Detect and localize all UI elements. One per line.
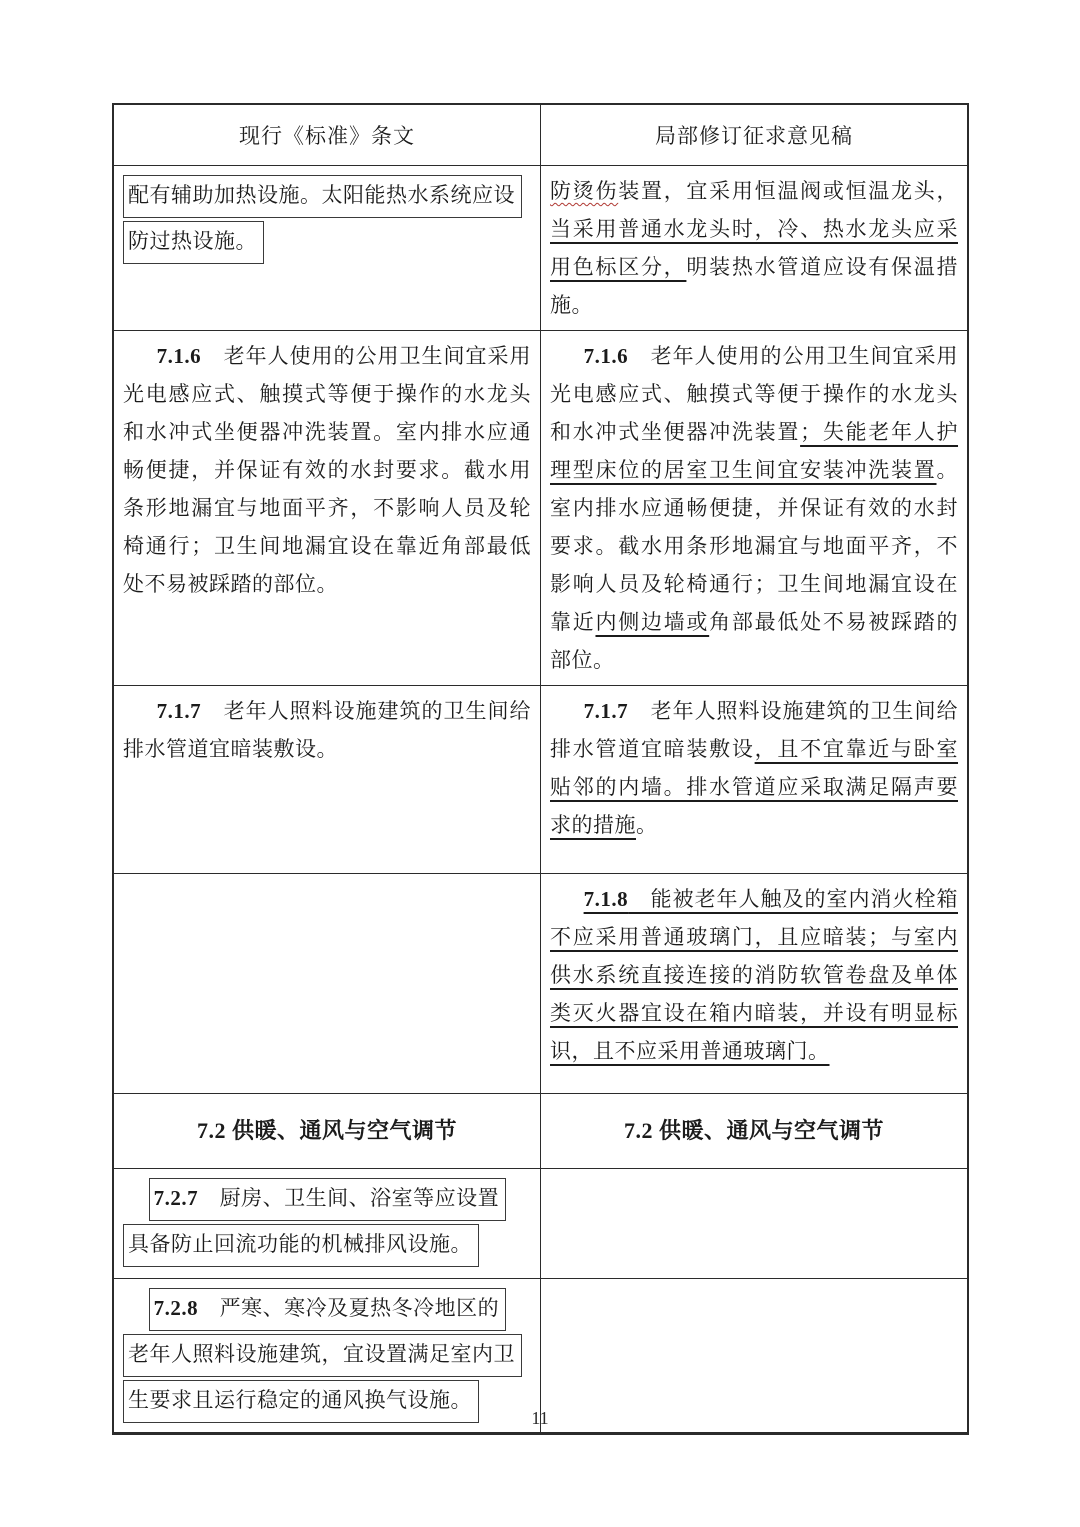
revision-comparison-table: 现行《标准》条文 局部修订征求意见稿 配有辅助加热设施。太阳能热水系统应设防过热… — [112, 103, 969, 1435]
row-7-1-8: 7.1.8 能被老年人触及的室内消火栓箱不应采用普通玻璃门，且应暗装；与室内供水… — [113, 874, 968, 1094]
row-7-1-8-right-cell: 7.1.8 能被老年人触及的室内消火栓箱不应采用普通玻璃门，且应暗装；与室内供水… — [541, 874, 969, 1094]
text-run: 严寒、寒冷及夏热冬冷地区的 — [198, 1296, 499, 1320]
row-carryover-left-cell: 配有辅助加热设施。太阳能热水系统应设防过热设施。 — [113, 166, 541, 331]
row-7-1-6-right-cell: 7.1.6 老年人使用的公用卫生间宜采用光电感应式、触摸式等便于操作的水龙头和水… — [541, 331, 969, 686]
row-carryover-right-cell: 防烫伤装置，宜采用恒温阀或恒温龙头，当采用普通水龙头时，冷、热水龙头应采用色标区… — [541, 166, 969, 331]
row-7-1-6-left-cell: 7.1.6 老年人使用的公用卫生间宜采用光电感应式、触摸式等便于操作的水龙头和水… — [113, 331, 541, 686]
inserted-text: 7.1.8 — [584, 887, 629, 911]
text-run: 配有辅助加热设施。太阳能热水系统应设 — [128, 183, 515, 207]
deleted-text-line: 防过热设施。 — [123, 221, 531, 264]
row-carryover: 配有辅助加热设施。太阳能热水系统应设防过热设施。防烫伤装置，宜采用恒温阀或恒温龙… — [113, 166, 968, 331]
paragraph: 7.2 供暖、通风与空气调节 — [550, 1112, 958, 1150]
text-run: 厨房、卫生间、浴室等应设置 — [198, 1186, 499, 1210]
row-7-1-7: 7.1.7 老年人照料设施建筑的卫生间给排水管道宜暗装敷设。7.1.7 老年人照… — [113, 686, 968, 874]
deleted-text-box: 7.2.8 严寒、寒冷及夏热冬冷地区的 — [149, 1288, 507, 1331]
row-7-1-7-left-cell: 7.1.7 老年人照料设施建筑的卫生间给排水管道宜暗装敷设。 — [113, 686, 541, 874]
paragraph: 7.1.7 老年人照料设施建筑的卫生间给排水管道宜暗装敷设，且不宜靠近与卧室贴邻… — [550, 692, 958, 844]
deleted-text-line: 7.2.8 严寒、寒冷及夏热冬冷地区的 — [149, 1288, 531, 1331]
row-7-2-7: 7.2.7 厨房、卫生间、浴室等应设置具备防止回流功能的机械排风设施。 — [113, 1169, 968, 1279]
paragraph: 防烫伤装置，宜采用恒温阀或恒温龙头，当采用普通水龙头时，冷、热水龙头应采用色标区… — [550, 172, 958, 324]
row-7-1-8-left-cell — [113, 874, 541, 1094]
text-run: 防过热设施。 — [128, 229, 257, 253]
text-run: 7.1.7 — [157, 699, 202, 723]
paragraph: 7.2 供暖、通风与空气调节 — [123, 1112, 531, 1150]
spellcheck-flagged-text: 防烫伤 — [550, 179, 618, 203]
text-run: 具备防止回流功能的机械排风设施。 — [128, 1232, 472, 1256]
paragraph: 7.1.6 老年人使用的公用卫生间宜采用光电感应式、触摸式等便于操作的水龙头和水… — [123, 337, 531, 603]
deleted-text-box: 防过热设施。 — [123, 221, 264, 264]
text-run: 7.2.8 — [154, 1296, 199, 1320]
deleted-text-line: 老年人照料设施建筑，宜设置满足室内卫 — [123, 1334, 531, 1377]
deleted-text-line: 配有辅助加热设施。太阳能热水系统应设 — [123, 175, 531, 218]
header-row: 现行《标准》条文 局部修订征求意见稿 — [113, 104, 968, 166]
deleted-text-box: 7.2.7 厨房、卫生间、浴室等应设置 — [149, 1178, 507, 1221]
text-run: 7.1.7 — [584, 699, 629, 723]
row-7-2-heading-right-cell: 7.2 供暖、通风与空气调节 — [541, 1094, 969, 1169]
page-number: 11 — [0, 1408, 1080, 1429]
deleted-text-box: 配有辅助加热设施。太阳能热水系统应设 — [123, 175, 522, 218]
text-run: 7.1.6 — [157, 344, 202, 368]
deleted-text-line: 7.2.7 厨房、卫生间、浴室等应设置 — [149, 1178, 531, 1221]
text-run: 7.2 供暖、通风与空气调节 — [624, 1118, 884, 1143]
table-header: 现行《标准》条文 局部修订征求意见稿 — [113, 104, 968, 166]
text-run: 。 — [636, 813, 658, 837]
header-current-standard: 现行《标准》条文 — [113, 104, 541, 166]
deleted-text-line: 具备防止回流功能的机械排风设施。 — [123, 1224, 531, 1267]
paragraph: 7.1.8 能被老年人触及的室内消火栓箱不应采用普通玻璃门，且应暗装；与室内供水… — [550, 880, 958, 1070]
row-7-2-heading: 7.2 供暖、通风与空气调节7.2 供暖、通风与空气调节 — [113, 1094, 968, 1169]
paragraph: 7.1.7 老年人照料设施建筑的卫生间给排水管道宜暗装敷设。 — [123, 692, 531, 768]
row-7-1-7-right-cell: 7.1.7 老年人照料设施建筑的卫生间给排水管道宜暗装敷设，且不宜靠近与卧室贴邻… — [541, 686, 969, 874]
row-7-1-6: 7.1.6 老年人使用的公用卫生间宜采用光电感应式、触摸式等便于操作的水龙头和水… — [113, 331, 968, 686]
text-run: 装置，宜采用恒温阀或恒温龙头， — [618, 179, 958, 203]
text-run: 7.2.7 — [154, 1186, 199, 1210]
table-body: 配有辅助加热设施。太阳能热水系统应设防过热设施。防烫伤装置，宜采用恒温阀或恒温龙… — [113, 166, 968, 1434]
text-run: 7.1.6 — [584, 344, 629, 368]
deleted-text-box: 老年人照料设施建筑，宜设置满足室内卫 — [123, 1334, 522, 1377]
text-run: 老年人照料设施建筑，宜设置满足室内卫 — [128, 1342, 515, 1366]
row-7-2-7-left-cell: 7.2.7 厨房、卫生间、浴室等应设置具备防止回流功能的机械排风设施。 — [113, 1169, 541, 1279]
inserted-text: 能被老年人触及的室内消火栓箱不应采用普通玻璃门，且应暗装；与室内供水系统直接连接… — [550, 887, 958, 1063]
text-run: 7.2 供暖、通风与空气调节 — [197, 1118, 457, 1143]
text-run: 老年人使用的公用卫生间宜采用光电感应式、触摸式等便于操作的水龙头和水冲式坐便器冲… — [123, 344, 531, 596]
deleted-text-box: 具备防止回流功能的机械排风设施。 — [123, 1224, 479, 1267]
text-run: 。室内排水应通畅便捷，并保证有效的水封要求。截水用条形地漏宜与地面平齐，不影响人… — [550, 458, 958, 634]
document-page: { "page": { "number": "11" }, "table": {… — [0, 0, 1080, 1527]
row-7-2-heading-left-cell: 7.2 供暖、通风与空气调节 — [113, 1094, 541, 1169]
header-revision-draft: 局部修订征求意见稿 — [541, 104, 969, 166]
inserted-text: 内侧边墙或 — [595, 610, 709, 634]
paragraph: 7.1.6 老年人使用的公用卫生间宜采用光电感应式、触摸式等便于操作的水龙头和水… — [550, 337, 958, 679]
row-7-2-7-right-cell — [541, 1169, 969, 1279]
